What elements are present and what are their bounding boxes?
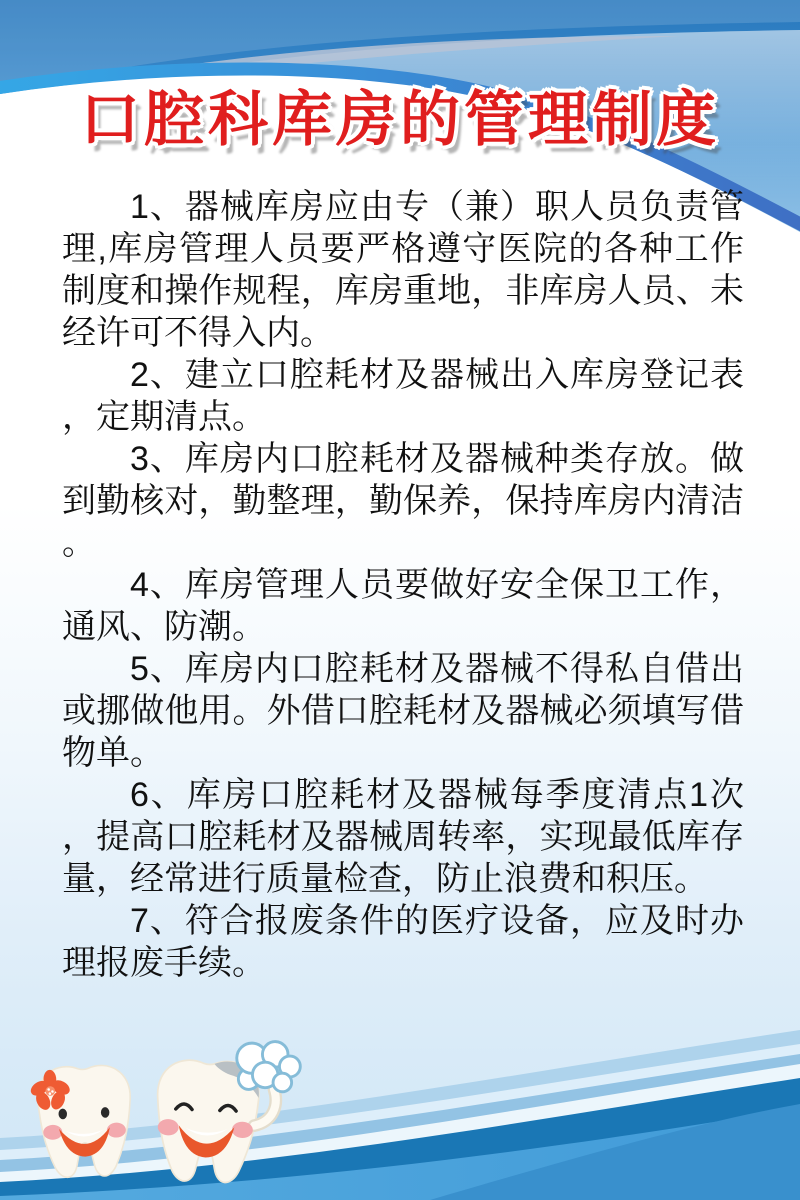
rule-item-2: 2、建立口腔耗材及器械出入库房登记表，定期清点。 [62,354,744,438]
page-title: 口腔科库房的管理制度 [0,72,800,158]
rule-item-4: 4、库房管理人员要做好安全保卫工作，通风、防潮。 [62,564,744,648]
rule-item-1: 1、器械库房应由专（兼）职人员负责管理,库房管理人员要严格遵守医院的各种工作制度… [62,186,744,354]
rule-item-6: 6、库房口腔耗材及器械每季度清点1次，提高口腔耗材及器械周转率，实现最低库存量，… [62,774,744,900]
poster-root: 口腔科库房的管理制度 1、器械库房应由专（兼）职人员负责管理,库房管理人员要严格… [0,0,800,1200]
rule-item-7: 7、符合报废条件的医疗设备，应及时办理报废手续。 [62,900,744,984]
rule-item-5: 5、库房内口腔耗材及器械不得私自借出或挪做他用。外借口腔耗材及器械必须填写借物单… [62,648,744,774]
rules-list: 1、器械库房应由专（兼）职人员负责管理,库房管理人员要严格遵守医院的各种工作制度… [62,186,744,984]
rule-item-3: 3、库房内口腔耗材及器械种类存放。做到勤核对，勤整理，勤保养，保持库房内清洁。 [62,438,744,564]
